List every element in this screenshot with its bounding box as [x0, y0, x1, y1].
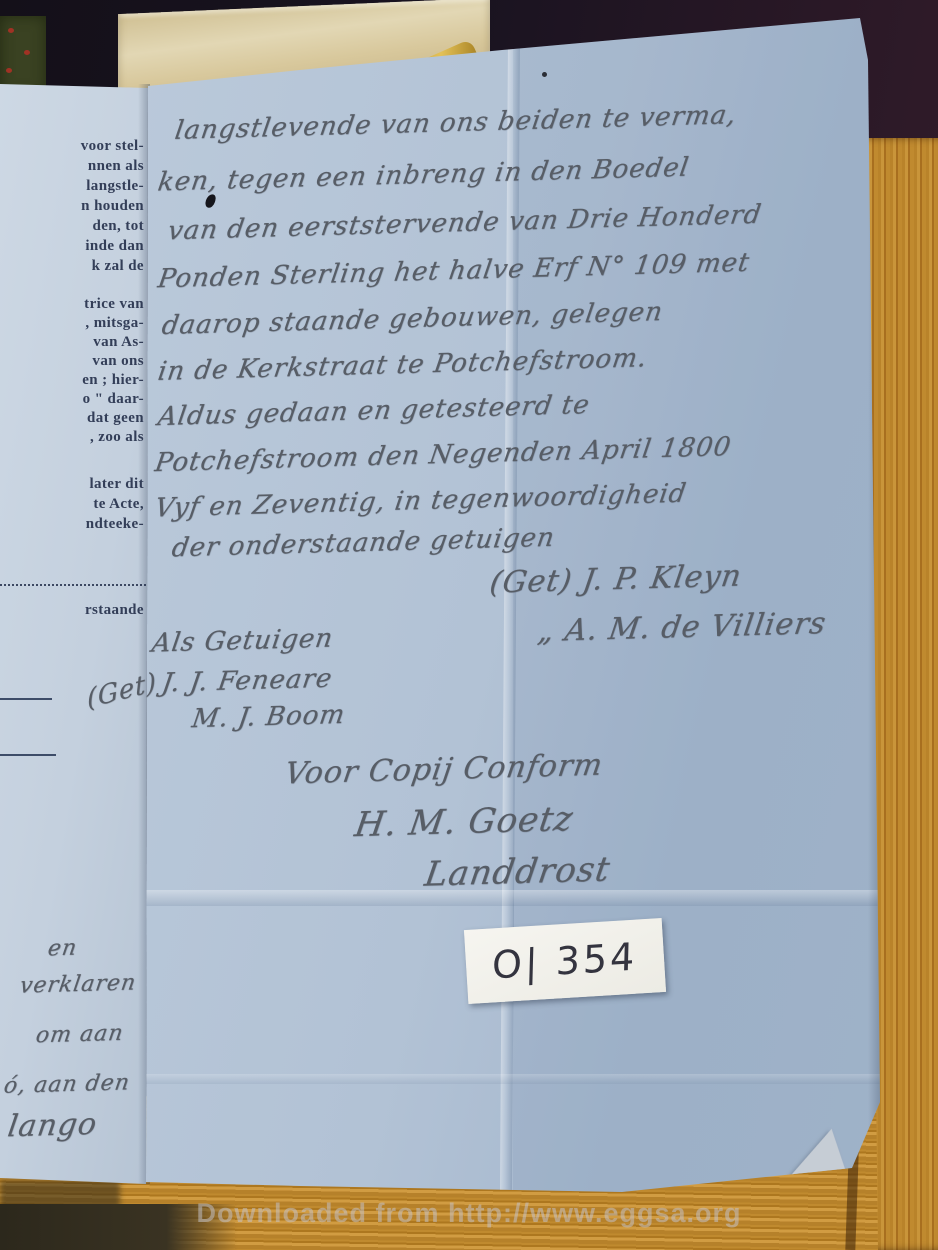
printed-fragment: , mitsga-	[0, 315, 144, 332]
printed-fragment: nnen als	[0, 158, 144, 175]
printed-rule	[0, 698, 52, 700]
certification-signature: H. M. Goetz	[352, 799, 576, 845]
printed-fragment: en ; hier-	[0, 372, 144, 389]
handwriting-fragment: ó, aan den	[2, 1070, 132, 1099]
printed-fragment: trice van	[0, 296, 144, 313]
printed-fragment: rstaande	[0, 602, 144, 619]
witness-name: J. J. Feneare	[160, 664, 335, 699]
printed-fragment: langstle-	[0, 178, 144, 195]
handwriting-fragment: verklaren	[18, 970, 138, 998]
book-cover-speck	[24, 50, 30, 55]
printed-fragment: k zal de	[0, 258, 144, 275]
page-fold-shading	[513, 12, 886, 1204]
archival-label: O| 354	[464, 918, 666, 1004]
book-cover-corner	[0, 16, 46, 94]
printed-fragment: n houden	[0, 198, 144, 215]
printed-left-page: voor stel- nnen als langstle- n houden d…	[0, 78, 150, 1190]
printed-fragment: dat geen	[0, 410, 144, 427]
witness-name: M. J. Boom	[190, 700, 348, 734]
book-cover-speck	[6, 68, 12, 73]
book-cover-speck	[8, 28, 14, 33]
horizontal-fold-crease	[138, 890, 886, 906]
printed-fragment: te Acte,	[0, 496, 144, 513]
certification-title: Landdrost	[422, 849, 613, 894]
printed-fragment: o " daar-	[0, 391, 144, 408]
handwriting-fragment: en	[46, 936, 79, 962]
handwriting-fragment: lango	[5, 1107, 99, 1145]
printed-fragment: van As-	[0, 334, 144, 351]
dotted-signature-rule	[0, 584, 146, 586]
paper-speck	[542, 72, 547, 77]
printed-rule	[0, 754, 56, 756]
printed-fragment: inde dan	[0, 238, 144, 255]
printed-fragment: den, tot	[0, 218, 144, 235]
photo-frame: voor stel- nnen als langstle- n houden d…	[0, 0, 938, 1250]
printed-fragment: ndteeke-	[0, 516, 144, 533]
archival-label-text: O| 354	[492, 934, 638, 987]
printed-fragment: van ons	[0, 353, 144, 370]
paper-speck	[588, 24, 593, 29]
printed-fragment: voor stel-	[0, 138, 144, 155]
signature-line: (Get) J. P. Kleyn	[487, 558, 744, 600]
watermark-text: Downloaded from http://www.eggsa.org	[0, 1198, 938, 1229]
horizontal-fold-crease	[138, 1074, 886, 1084]
printed-fragment: later dit	[0, 476, 144, 493]
printed-fragment: , zoo als	[0, 429, 144, 446]
handwriting-fragment: om aan	[34, 1021, 125, 1049]
blue-document-page: langstlevende van ons beiden te verma, k…	[138, 12, 886, 1204]
handwritten-line: der onderstaande getuigen	[170, 523, 557, 564]
witness-heading: Als Getuigen	[150, 623, 336, 658]
